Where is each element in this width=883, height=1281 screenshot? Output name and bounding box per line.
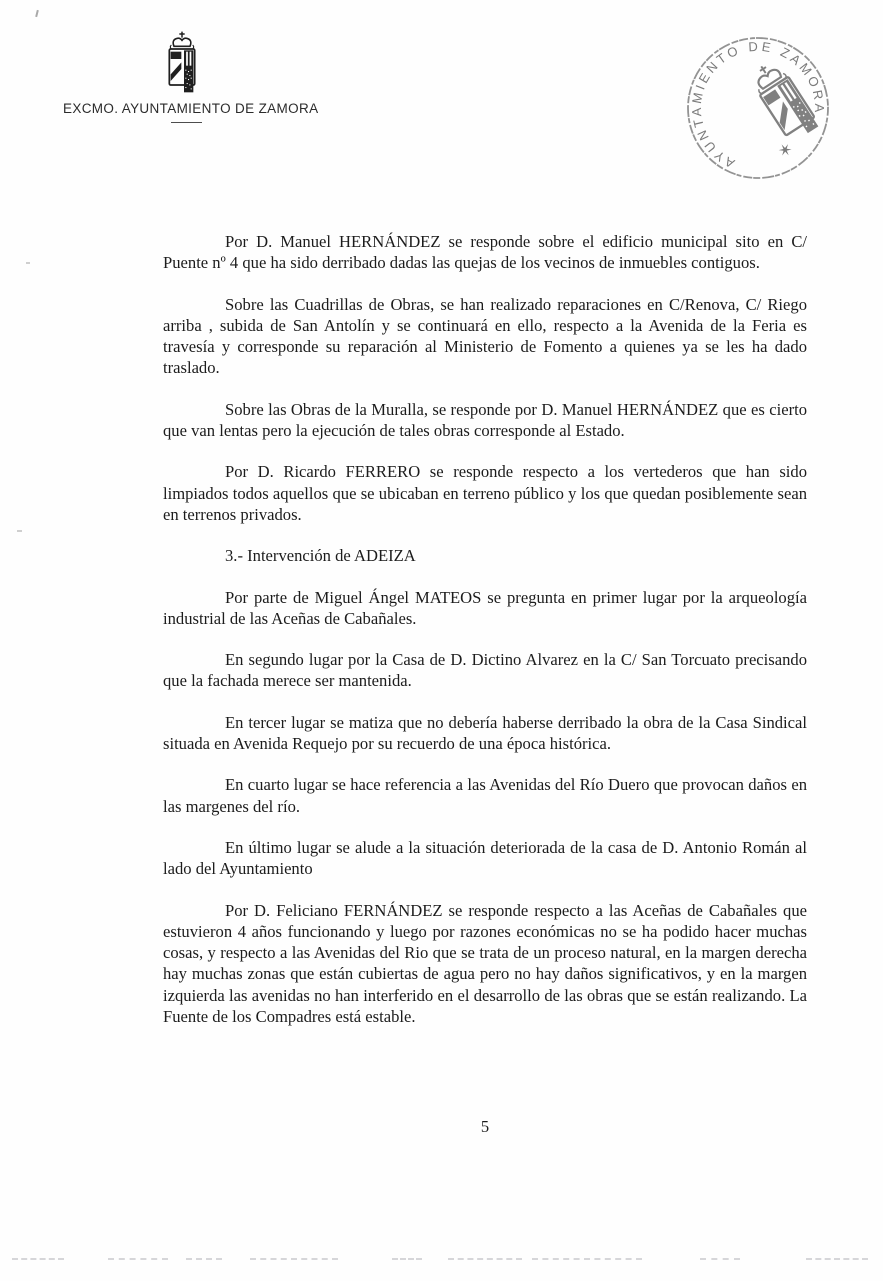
scan-edge-artifact xyxy=(186,1258,222,1260)
round-stamp: AYUNTAMIENTO DE ZAMORA ✶ xyxy=(684,34,832,182)
paragraph: En tercer lugar se matiza que no debería… xyxy=(163,712,807,755)
scan-edge-artifact xyxy=(12,1258,64,1260)
org-name-underline xyxy=(171,122,202,123)
paragraph: Por parte de Miguel Ángel MATEOS se preg… xyxy=(163,587,807,630)
paragraph: Sobre las Obras de la Muralla, se respon… xyxy=(163,399,807,442)
scan-speck xyxy=(26,262,30,264)
paragraph: Sobre las Cuadrillas de Obras, se han re… xyxy=(163,294,807,379)
scan-speck xyxy=(17,530,22,532)
document-body: Por D. Manuel HERNÁNDEZ se responde sobr… xyxy=(163,231,807,1047)
scan-edge-artifact xyxy=(806,1258,868,1260)
scan-speck xyxy=(35,10,39,17)
page-number: 5 xyxy=(163,1117,807,1137)
paragraph: Por D. Ricardo FERRERO se responde respe… xyxy=(163,461,807,525)
scan-edge-artifact xyxy=(700,1258,740,1260)
scan-edge-artifact xyxy=(448,1258,522,1260)
paragraph: Por D. Manuel HERNÁNDEZ se responde sobr… xyxy=(163,231,807,274)
paragraph: En cuarto lugar se hace referencia a las… xyxy=(163,774,807,817)
scan-edge-artifact xyxy=(392,1258,422,1260)
scan-edge-artifact xyxy=(108,1258,168,1260)
stamp-star-icon: ✶ xyxy=(774,139,796,163)
paragraph: Por D. Feliciano FERNÁNDEZ se responde r… xyxy=(163,900,807,1028)
section-heading: 3.- Intervención de ADEIZA xyxy=(163,545,807,566)
scan-edge-artifact xyxy=(532,1258,642,1260)
scanned-document-page: EXCMO. AYUNTAMIENTO DE ZAMORA AYUNTAMIEN… xyxy=(0,0,883,1281)
scan-edge-artifact xyxy=(250,1258,338,1260)
paragraph: En último lugar se alude a la situación … xyxy=(163,837,807,880)
paragraph: En segundo lugar por la Casa de D. Dicti… xyxy=(163,649,807,692)
org-name: EXCMO. AYUNTAMIENTO DE ZAMORA xyxy=(63,101,318,116)
zamora-coat-of-arms-logo xyxy=(162,30,202,96)
